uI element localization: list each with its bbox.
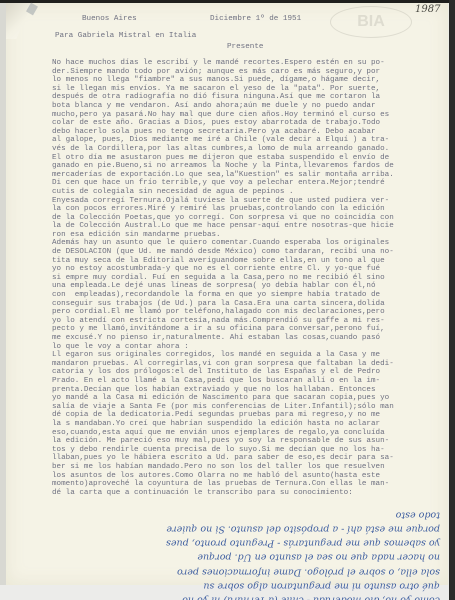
letter-line: Ll egaron sus originales corregidos, los…: [52, 351, 394, 360]
letter-salutation: Presente: [227, 43, 263, 52]
letter-line: Enyesada corregí Ternura.Ojalá tuviese l…: [52, 197, 394, 206]
letter-line: debo hacerlo sola pues no tengo secretar…: [52, 128, 394, 137]
letter-line: El otro día me asustaron pues me dijeron…: [52, 154, 394, 163]
letter-line: lo que le voy a contar ahora :: [52, 343, 394, 352]
letter-line: Prado. En el acto llamé a la Casa,pedí q…: [52, 377, 394, 386]
letter-line: dé copia de la dedicatoria.Pedí segundas…: [52, 411, 394, 420]
letter-line: yo mandé a la Casa mi edición de Nascime…: [52, 394, 394, 403]
letter-line: catoria y los dos prólogos:el del Instit…: [52, 368, 394, 377]
letter-line: No hace muchos días le escribí y le mand…: [52, 59, 394, 68]
letter-line: momento)aproveché la coyuntura de las pr…: [52, 480, 394, 489]
letter-line: me excusé.Y no pienso ir,naturalmente. A…: [52, 334, 394, 343]
letter-line: conseguir sus trabajos (de Ud.) para la …: [52, 300, 394, 309]
letter-body: No hace muchos días le escribí y le mand…: [52, 59, 394, 497]
letter-line: bota blanca y me vendaron. Así ando ahor…: [52, 102, 394, 111]
letter-line: mercaderías de exportación.Lo que sea,la…: [52, 171, 394, 180]
letter-line: Además hay un asunto que le quiero comen…: [52, 239, 394, 248]
letter-line: si empre muy cordial. Fuí en seguida a l…: [52, 274, 394, 283]
letter-line: la con pocos errores.Miré y remiré las p…: [52, 205, 394, 214]
letter-line: vés de la Cordillera,por las altas cumbr…: [52, 145, 394, 154]
letter-line: una empleada.Le dejé unas líneas de sorp…: [52, 282, 394, 291]
letter-line: colar de este año. Gracias a Dios, pues …: [52, 119, 394, 128]
letter-place: Buenos Aires: [82, 15, 137, 24]
handwritten-line: sola ella, o sobre el prólogo. Dame info…: [30, 564, 440, 578]
letter-line: prenta.Decían que los habían extraviado …: [52, 386, 394, 395]
letter-line: los asuntos de los autores.Como Olarra n…: [52, 472, 394, 481]
letter-line: llaban,pues yo le hábiera escrito a Ud. …: [52, 454, 394, 463]
letter-line: de DESOLACION (que Ud. me mandó desde Mé…: [52, 248, 394, 257]
letter-line: ganado en pie.Bueno,si no arreamos la No…: [52, 162, 394, 171]
letter-line: al galope, pues, Dios mediante me iré a …: [52, 136, 394, 145]
letter-line: dé la carta que a continuación le transc…: [52, 489, 394, 498]
letter-line: der.Siempre mando todo por avión; aunque…: [52, 68, 394, 77]
letter-line: si le llegan mis envíos. Ya me sacaron e…: [52, 85, 394, 94]
letter-line: yo lo atendí con estricta cortesía,nada …: [52, 317, 394, 326]
letter-line: ber si me los habían mandado.Pero no son…: [52, 463, 394, 472]
letter-line: pero cordial.El me llamó por teléfono,ha…: [52, 308, 394, 317]
letter-line: salía de viaje a Santa Fe (por mis confe…: [52, 403, 394, 412]
letter-line: Di cen que hace un frío terrible,y que v…: [52, 179, 394, 188]
letter-line: tita muy seca de la Editorial averiguand…: [52, 257, 394, 266]
handwritten-line: no hacer nada que no sea el asunto en Ud…: [30, 550, 440, 564]
letter-line: la s mandaban.Yo creí que habrían suspen…: [52, 420, 394, 429]
letter-line: mucho,pero ya pasará.No hay mal que dure…: [52, 111, 394, 120]
letter-line: después de otra radiografía no dió fisur…: [52, 93, 394, 102]
letter-line: la edición. Me pareció eso muy mal,pues …: [52, 437, 394, 446]
handwritten-line: como yo no, dio moderada - chile (a Tern…: [30, 592, 440, 600]
letter-line: pecto y me llamó,invitándome a ir a su o…: [52, 325, 394, 334]
letter-line: cutis de colegiala sin necesidad de agua…: [52, 188, 394, 197]
handwritten-note-upside-down: como yo no, dio moderada - chile (a Tern…: [30, 507, 440, 600]
library-watermark-stamp: BIA: [330, 6, 412, 38]
letter-line: yo no estoy acostumbrada-y que no es el …: [52, 265, 394, 274]
letter-line: lo menos no llega "fiambre" a sus manos.…: [52, 76, 394, 85]
letter-line: con empleadas),recordandole la forma en …: [52, 291, 394, 300]
handwritten-line: yo sabemos que me preguntarás - Pregunto…: [30, 535, 440, 549]
letter-line: la de Colección Austral.Lo que me hace p…: [52, 222, 394, 231]
letter-line: tos y debo rendirle cuenta precisa de lo…: [52, 446, 394, 455]
handwritten-line: todo esto: [30, 507, 440, 521]
scanner-right-border: [449, 0, 455, 600]
letter-recipient: Para Gabriela Mistral en Italia: [55, 32, 196, 41]
letter-line: ron esa edición sin mandarme pruebas.: [52, 231, 394, 240]
handwritten-line: porque me está ahí - a propósito del asu…: [30, 521, 440, 535]
letter-line: de la Colección Poetas,que yo corregí. C…: [52, 214, 394, 223]
letter-date: Diciembre 1º de 1951: [210, 15, 301, 24]
letter-line: eso,cuando,esta aquí que me envián unos …: [52, 429, 394, 438]
letter-line: mandaron pruebas. Al corregirlas,vi con …: [52, 360, 394, 369]
handwritten-line: qué otro asunto ni me preguntaron algo s…: [30, 578, 440, 592]
archive-number: 1987: [415, 4, 440, 15]
